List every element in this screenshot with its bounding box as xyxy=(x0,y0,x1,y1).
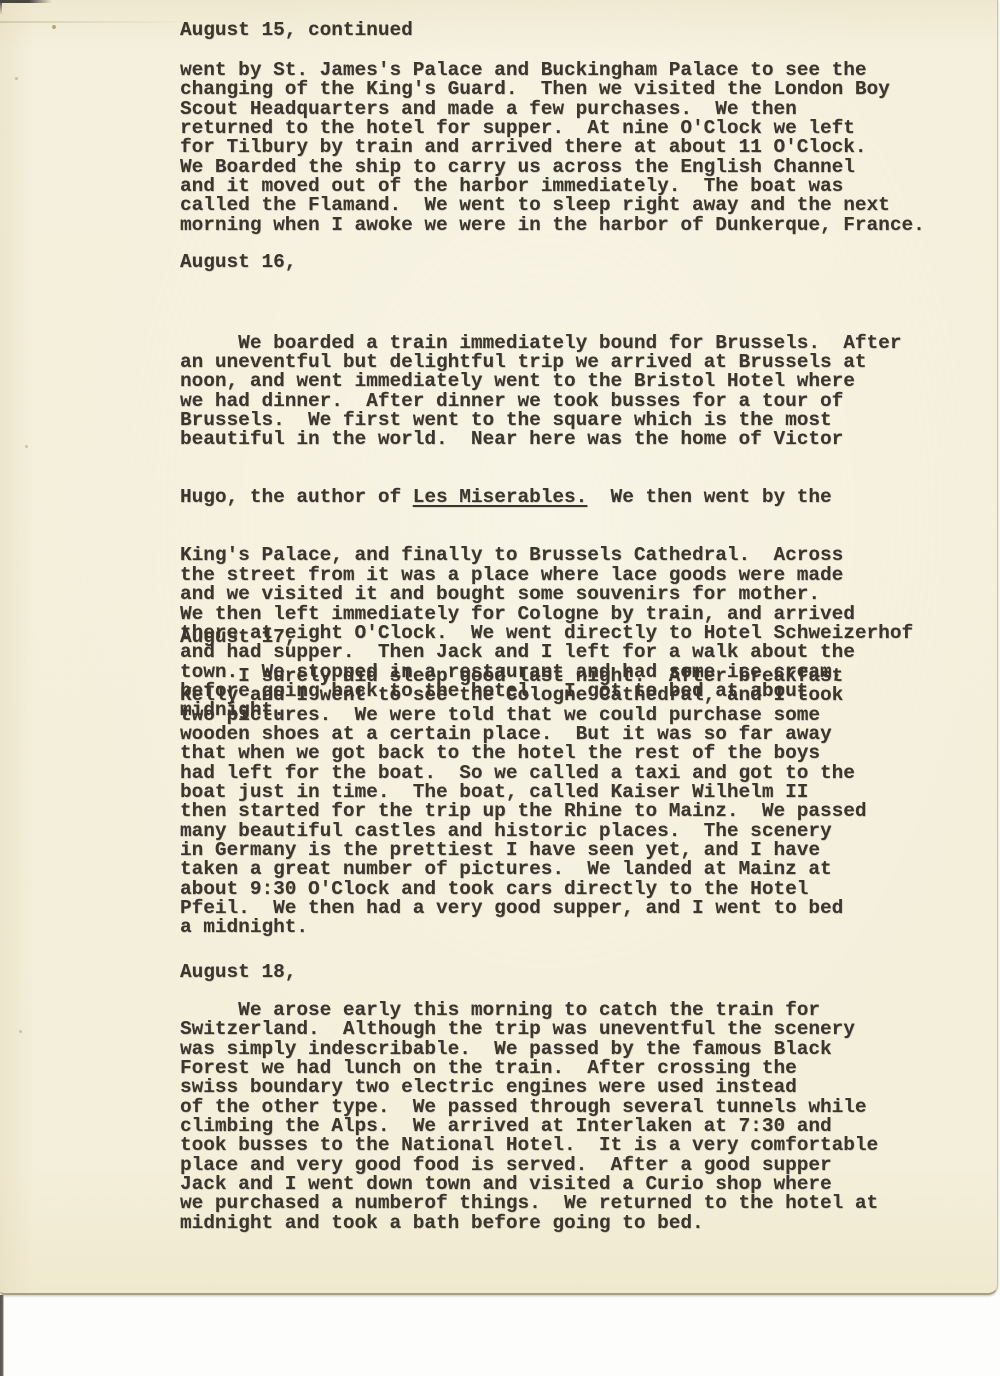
paper-speck xyxy=(19,1030,22,1033)
paragraph-august-18: We arose early this morning to catch the… xyxy=(180,1001,970,1233)
paper-speck xyxy=(25,445,28,448)
heading-august-15: August 15, continued xyxy=(180,21,970,40)
paragraph-august-15: went by St. James's Palace and Buckingha… xyxy=(180,61,970,235)
text-line: taken a great number of pictures. We lan… xyxy=(180,860,970,879)
scan-edge-artifact-corner xyxy=(0,0,2,15)
heading-august-16: August 16, xyxy=(180,253,970,272)
text-line: changing of the King's Guard. Then we vi… xyxy=(180,80,970,99)
text-line: Switzerland. Although the trip was uneve… xyxy=(180,1020,970,1039)
text-line-with-underline: Hugo, the author of Les Miserables. We t… xyxy=(180,488,970,507)
text-line: that when we got back to the hotel the r… xyxy=(180,744,970,763)
text-line: beautiful in the world. Near here was th… xyxy=(180,430,970,449)
underlined-book-title: Les Miserables. xyxy=(413,486,588,508)
text-line: took busses to the National Hotel. It is… xyxy=(180,1136,970,1155)
diary-page-paper: August 15, continued went by St. James's… xyxy=(0,0,998,1295)
heading-august-18: August 18, xyxy=(180,963,970,982)
text-line: noon, and went immediately went to the B… xyxy=(180,372,970,391)
text-line: Kelly and I went to see the Cologne Cath… xyxy=(180,686,970,705)
text-line: called the Flamand. We went to sleep rig… xyxy=(180,196,970,215)
text-line: a midnight. xyxy=(180,918,970,937)
text-line: We then left immediately for Cologne by … xyxy=(180,605,970,624)
text-line: King's Palace, and finally to Brussels C… xyxy=(180,546,970,565)
paper-crease xyxy=(0,21,190,23)
paper-speck xyxy=(15,77,18,80)
paragraph-august-17: I surely did sleep good last night. Afte… xyxy=(180,667,970,938)
text-line: midnight and took a bath before going to… xyxy=(180,1214,970,1233)
text-line: and we visited it and bought some souven… xyxy=(180,585,970,604)
scan-edge-artifact-left xyxy=(0,1295,4,1376)
scan-edge-artifact-top xyxy=(0,0,52,3)
text-line: swiss boundary two electric engines were… xyxy=(180,1078,970,1097)
scanned-diary-page: August 15, continued went by St. James's… xyxy=(0,0,1000,1376)
text-segment: We then went by the xyxy=(587,486,831,508)
text-line: then started for the trip up the Rhine t… xyxy=(180,802,970,821)
heading-august-17: August 17, xyxy=(180,628,970,647)
paper-speck xyxy=(52,25,56,29)
text-segment: Hugo, the author of xyxy=(180,486,413,508)
text-line: for Tilbury by train and arrived there a… xyxy=(180,138,970,157)
paragraph-august-16-part1: We boarded a train immediately bound for… xyxy=(180,334,970,450)
text-line: morning when I awoke we were in the harb… xyxy=(180,216,970,235)
text-line: we purchased a numberof things. We retur… xyxy=(180,1194,970,1213)
